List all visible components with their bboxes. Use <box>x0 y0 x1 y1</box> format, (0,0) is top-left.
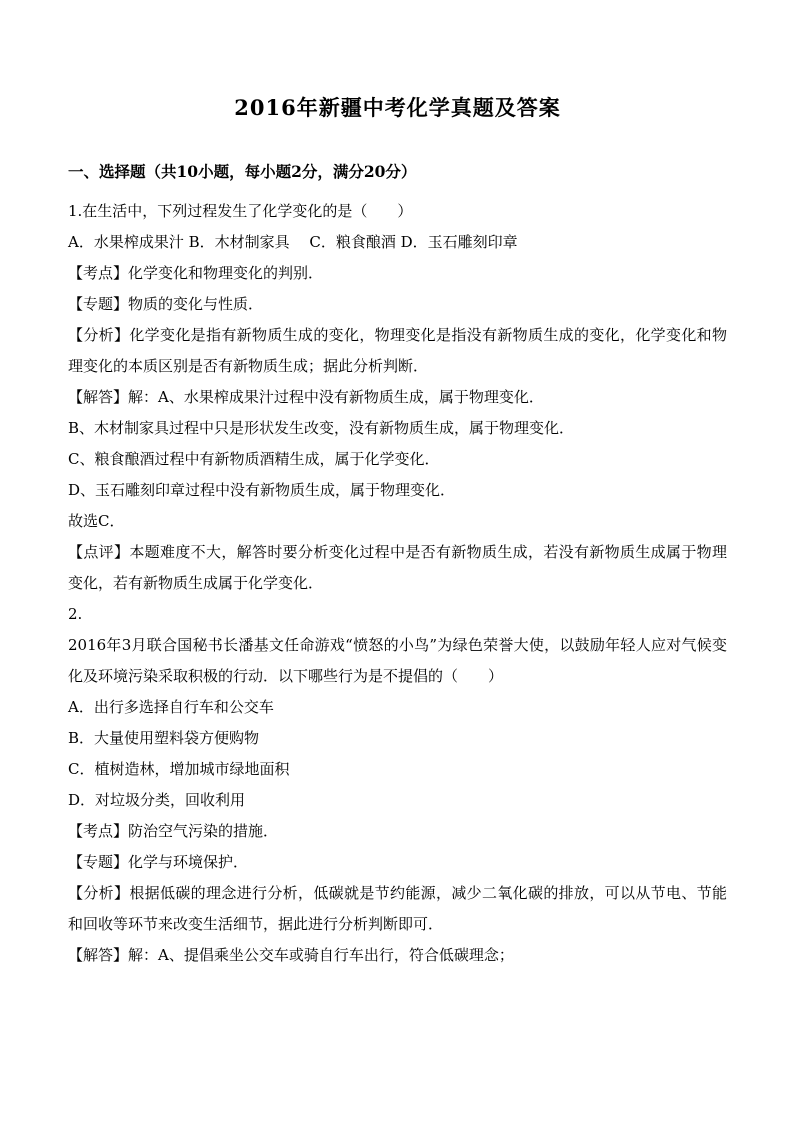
question-1-fenxi: 【分析】化学变化是指有新物质生成的变化，物理变化是指没有新物质生成的变化，化学变… <box>68 320 727 382</box>
question-2-zhuanti: 【专题】化学与环境保护． <box>68 847 727 878</box>
question-2-option-a: A．出行多选择自行车和公交车 <box>68 692 727 723</box>
question-2-number: 2. <box>68 599 727 630</box>
question-1-dianping: 【点评】本题难度不大，解答时要分析变化过程中是否有新物质生成，若没有新物质生成属… <box>68 537 727 599</box>
question-2-kaodian: 【考点】防治空气污染的措施． <box>68 816 727 847</box>
question-1-jieda-a: 【解答】解：A、水果榨成果汁过程中没有新物质生成，属于物理变化． <box>68 382 727 413</box>
question-1-options: A．水果榨成果汁 B．木材制家具 C．粮食酿酒 D．玉石雕刻印章 <box>68 227 727 258</box>
question-1-zhuanti: 【专题】物质的变化与性质． <box>68 289 727 320</box>
question-2-option-c: C．植树造林，增加城市绿地面积 <box>68 754 727 785</box>
question-2-option-d: D．对垃圾分类，回收利用 <box>68 785 727 816</box>
question-1-answer: 故选C． <box>68 506 727 537</box>
question-1-stem: 1.在生活中，下列过程发生了化学变化的是（ ） <box>68 196 727 227</box>
document-body: 1.在生活中，下列过程发生了化学变化的是（ ） A．水果榨成果汁 B．木材制家具… <box>68 196 727 971</box>
question-1-kaodian: 【考点】化学变化和物理变化的判别． <box>68 258 727 289</box>
question-2-fenxi: 【分析】根据低碳的理念进行分析，低碳就是节约能源，减少二氧化碳的排放，可以从节电… <box>68 878 727 940</box>
page-title: 2016年新疆中考化学真题及答案 <box>68 96 727 120</box>
question-2-jieda-a: 【解答】解：A、提倡乘坐公交车或骑自行车出行，符合低碳理念； <box>68 940 727 971</box>
question-1-jieda-c: C、粮食酿酒过程中有新物质酒精生成，属于化学变化． <box>68 444 727 475</box>
question-1-jieda-d: D、玉石雕刻印章过程中没有新物质生成，属于物理变化． <box>68 475 727 506</box>
section-heading-multiple-choice: 一、选择题（共10小题，每小题2分，满分20分） <box>68 162 727 182</box>
question-2-stem: 2016年3月联合国秘书长潘基文任命游戏“愤怒的小鸟”为绿色荣誉大使，以鼓励年轻… <box>68 630 727 692</box>
question-1-jieda-b: B、木材制家具过程中只是形状发生改变，没有新物质生成，属于物理变化． <box>68 413 727 444</box>
question-2-option-b: B．大量使用塑料袋方便购物 <box>68 723 727 754</box>
document-page: 2016年新疆中考化学真题及答案 一、选择题（共10小题，每小题2分，满分20分… <box>0 0 794 1123</box>
question-2-block: 2. 2016年3月联合国秘书长潘基文任命游戏“愤怒的小鸟”为绿色荣誉大使，以鼓… <box>68 599 727 971</box>
question-1-block: 1.在生活中，下列过程发生了化学变化的是（ ） A．水果榨成果汁 B．木材制家具… <box>68 196 727 599</box>
